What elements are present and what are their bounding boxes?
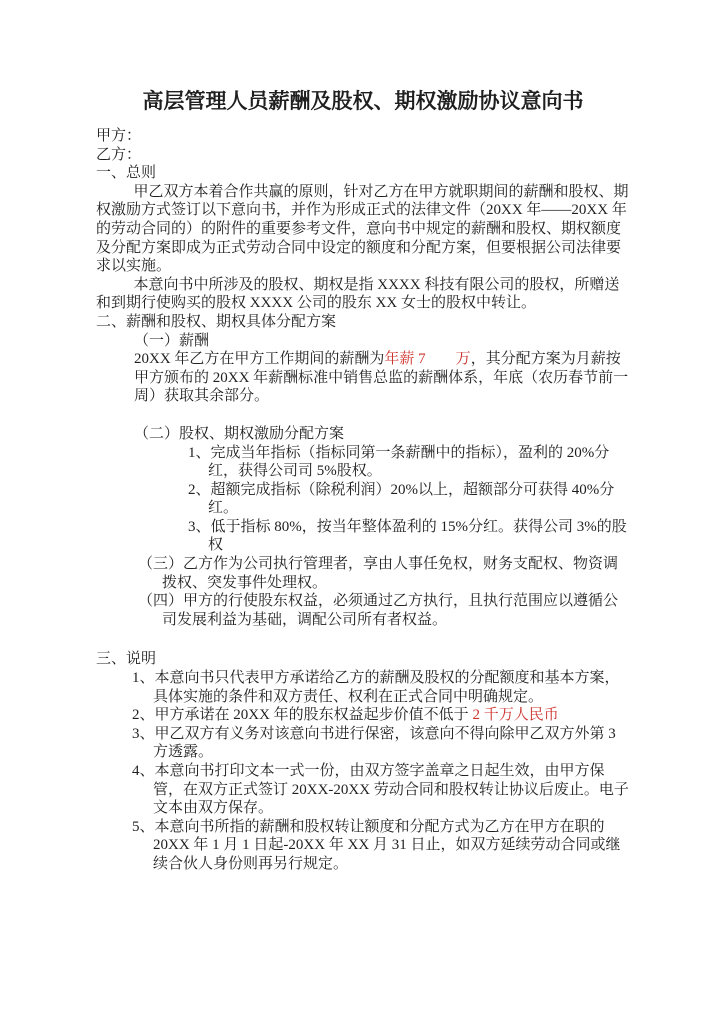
party-a-line: 甲方：	[96, 127, 630, 146]
salary-amount-highlight: 年薪 7 万	[384, 351, 470, 367]
section1-heading: 一、总则	[96, 164, 630, 183]
item-marker: （四）	[138, 593, 183, 609]
salary-paragraph: 20XX 年乙方在甲方工作期间的薪酬为年薪 7 万，其分配方案为月薪按甲方颁布的…	[96, 350, 630, 406]
note-item-5: 5、本意向书所指的薪酬和股权转让额度和分配方式为乙方在甲方在职的 20XX 年 …	[96, 818, 630, 874]
item-text: 甲方承诺在 20XX 年的股东权益起步价值不低于	[155, 707, 473, 723]
item-marker: （三）	[138, 556, 183, 572]
item-marker: 2、	[132, 707, 155, 723]
note-item-1: 1、本意向书只代表甲方承诺给乙方的薪酬及股权的分配额度和基本方案，具体实施的条件…	[96, 669, 630, 706]
item-text: 低于指标 80%，按当年整体盈利的 15%分红。获得公司 3%的股权	[208, 519, 627, 554]
item-marker: 3、	[188, 519, 211, 535]
equity-item-3: 3、低于指标 80%，按当年整体盈利的 15%分红。获得公司 3%的股权	[96, 518, 630, 555]
blank-line	[96, 406, 630, 425]
party-b-line: 乙方：	[96, 146, 630, 165]
section2-sub3-item: （三）乙方作为公司执行管理者，享由人事任免权，财务支配权、物资调拨权、突发事件处…	[96, 555, 630, 592]
item-marker: 1、	[188, 445, 211, 461]
equity-item-1: 1、完成当年指标（指标同第一条薪酬中的指标），盈利的 20%分红，获得公司司 5…	[96, 444, 630, 481]
item-text: 甲方的行使股东权益，必须通过乙方执行，且执行范围应以遵循公司发展利益为基础，调配…	[162, 593, 618, 628]
value-amount-highlight: 2 千万人民币	[472, 707, 558, 723]
item-text: 甲乙双方有义务对该意向书进行保密，该意向不得向除甲乙双方外第 3 方透露。	[153, 726, 616, 761]
section3-heading: 三、说明	[96, 650, 630, 669]
section2-sub4-item: （四）甲方的行使股东权益，必须通过乙方执行，且执行范围应以遵循公司发展利益为基础…	[96, 592, 630, 629]
item-marker: 5、	[132, 819, 155, 835]
salary-text-pre: 20XX 年乙方在甲方工作期间的薪酬为	[134, 351, 384, 367]
item-text: 本意向书只代表甲方承诺给乙方的薪酬及股权的分配额度和基本方案，具体实施的条件和双…	[153, 670, 620, 705]
document-page: 高层管理人员薪酬及股权、期权激励协议意向书 甲方： 乙方： 一、总则 甲乙双方本…	[0, 0, 720, 1017]
section2-sub1-label: （一）薪酬	[96, 332, 630, 351]
section1-paragraph-2: 本意向书中所涉及的股权、期权是指 XXXX 科技有限公司的股权，所赠送和到期行使…	[96, 276, 630, 313]
item-text: 乙方作为公司执行管理者，享由人事任免权，财务支配权、物资调拨权、突发事件处理权。	[162, 556, 618, 591]
document-title: 高层管理人员薪酬及股权、期权激励协议意向书	[96, 88, 630, 115]
item-marker: 4、	[132, 763, 155, 779]
section2-sub2-label: （二）股权、期权激励分配方案	[96, 425, 630, 444]
note-item-2: 2、甲方承诺在 20XX 年的股东权益起步价值不低于 2 千万人民币	[96, 706, 630, 725]
item-text: 超额完成指标（除税利润）20%以上，超额部分可获得 40%分红。	[208, 482, 614, 517]
section1-paragraph-1: 甲乙双方本着合作共赢的原则，针对乙方在甲方就职期间的薪酬和股权、期权激励方式签订…	[96, 183, 630, 276]
item-text: 本意向书所指的薪酬和股权转让额度和分配方式为乙方在甲方在职的 20XX 年 1 …	[153, 819, 621, 872]
item-marker: 1、	[132, 670, 155, 686]
note-item-4: 4、本意向书打印文本一式一份，由双方签字盖章之日起生效，由甲方保管，在双方正式签…	[96, 762, 630, 818]
equity-item-2: 2、超额完成指标（除税利润）20%以上，超额部分可获得 40%分红。	[96, 481, 630, 518]
item-text: 完成当年指标（指标同第一条薪酬中的指标），盈利的 20%分红，获得公司司 5%股…	[208, 445, 609, 480]
item-text: 本意向书打印文本一式一份，由双方签字盖章之日起生效，由甲方保管，在双方正式签订 …	[153, 763, 629, 816]
item-marker: 2、	[188, 482, 211, 498]
section2-heading: 二、薪酬和股权、期权具体分配方案	[96, 313, 630, 332]
note-item-3: 3、甲乙双方有义务对该意向书进行保密，该意向不得向除甲乙双方外第 3 方透露。	[96, 725, 630, 762]
item-marker: 3、	[132, 726, 155, 742]
